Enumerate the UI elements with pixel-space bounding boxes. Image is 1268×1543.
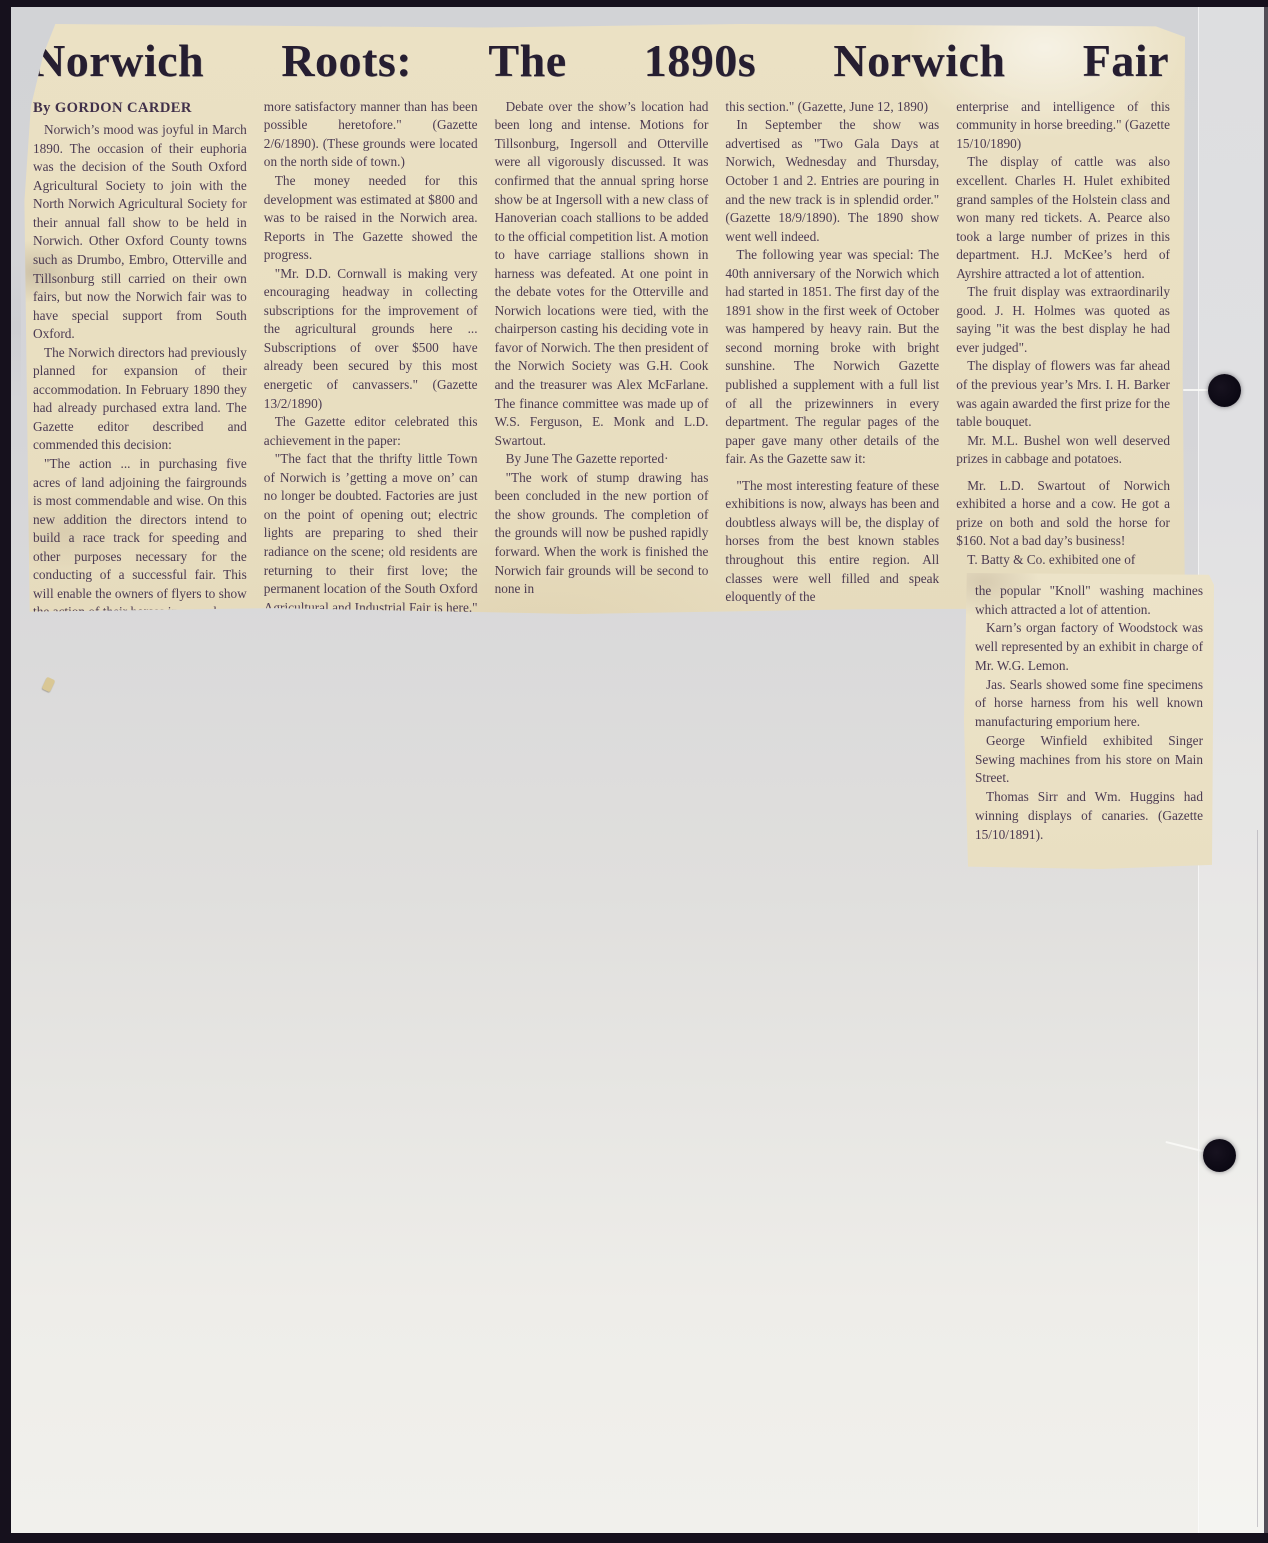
article-column-3: Debate over the show’s location had been…	[495, 98, 709, 636]
article-column-4: this section." (Gazette, June 12, 1890) …	[725, 98, 939, 636]
paragraph: Mr. M.L. Bushel won well deserved prizes…	[956, 432, 1170, 469]
article-column-1: By GORDON CARDER Norwich’s mood was joyf…	[33, 98, 247, 636]
hole-punch-dot	[1203, 1139, 1236, 1172]
paragraph: "Mr. D.D. Cornwall is making very encour…	[264, 265, 478, 413]
paragraph: Mr. L.D. Swartout of Norwich exhibited a…	[956, 477, 1170, 551]
paragraph: Norwich’s mood was joyful in March 1890.…	[33, 121, 247, 344]
paragraph: "The fact that the thrifty little Town o…	[264, 450, 478, 635]
paragraph: "The work of stump drawing has been conc…	[495, 469, 709, 599]
paragraph: "The action ... in purchasing five acres…	[33, 455, 247, 622]
paragraph: Jas. Searls showed some fine specimens o…	[975, 676, 1203, 732]
paragraph: the popular "Knoll" washing machines whi…	[975, 582, 1203, 619]
scan-smudge	[11, 257, 21, 397]
paragraph: T. Batty & Co. exhibited one of	[956, 551, 1170, 570]
scanned-album-page: { "colors":{ "paper":"#eadfc1", "page_ba…	[0, 0, 1268, 1543]
paragraph: more satisfactory manner than has been p…	[264, 98, 478, 172]
paragraph: Karn’s organ factory of Woodstock was we…	[975, 619, 1203, 675]
paragraph: The following year was special: The 40th…	[725, 246, 939, 469]
newspaper-clipping-continuation: the popular "Knoll" washing machines whi…	[963, 573, 1214, 869]
article-column-5: enterprise and intelligence of this comm…	[956, 98, 1170, 636]
paragraph: The display of cattle was also excellent…	[956, 153, 1170, 283]
paragraph: The money needed for this development wa…	[264, 172, 478, 265]
paragraph: The fruit display was extraordinarily go…	[956, 283, 1170, 357]
newspaper-clipping-main: Norwich Roots: The 1890s Norwich Fair By…	[18, 24, 1185, 614]
article-columns: By GORDON CARDER Norwich’s mood was joyf…	[18, 85, 1185, 636]
paragraph: The Gazette editor celebrated this achie…	[264, 413, 478, 450]
continuation-column: the popular "Knoll" washing machines whi…	[963, 573, 1214, 844]
paragraph: this section." (Gazette, June 12, 1890)	[725, 98, 939, 117]
paragraph: Thomas Sirr and Wm. Huggins had winning …	[975, 788, 1203, 844]
paragraph: The Norwich directors had previously pla…	[33, 344, 247, 455]
paragraph: By June The Gazette reported·	[495, 450, 709, 469]
paragraph: George Winfield exhibited Singer Sewing …	[975, 732, 1203, 788]
paragraph: In September the show was advertised as …	[725, 116, 939, 246]
paragraph: enterprise and intelligence of this comm…	[956, 98, 1170, 154]
paragraph: Debate over the show’s location had been…	[495, 98, 709, 450]
hole-punch-dot	[1208, 374, 1241, 407]
article-byline: By GORDON CARDER	[33, 98, 247, 118]
paragraph: "The most interesting feature of these e…	[725, 477, 939, 607]
page-edge-line	[1257, 830, 1258, 1527]
article-headline: Norwich Roots: The 1890s Norwich Fair	[18, 24, 1185, 85]
paragraph: The display of flowers was far ahead of …	[956, 357, 1170, 431]
article-column-2: more satisfactory manner than has been p…	[264, 98, 478, 636]
hole-punch-thread	[1183, 389, 1211, 391]
